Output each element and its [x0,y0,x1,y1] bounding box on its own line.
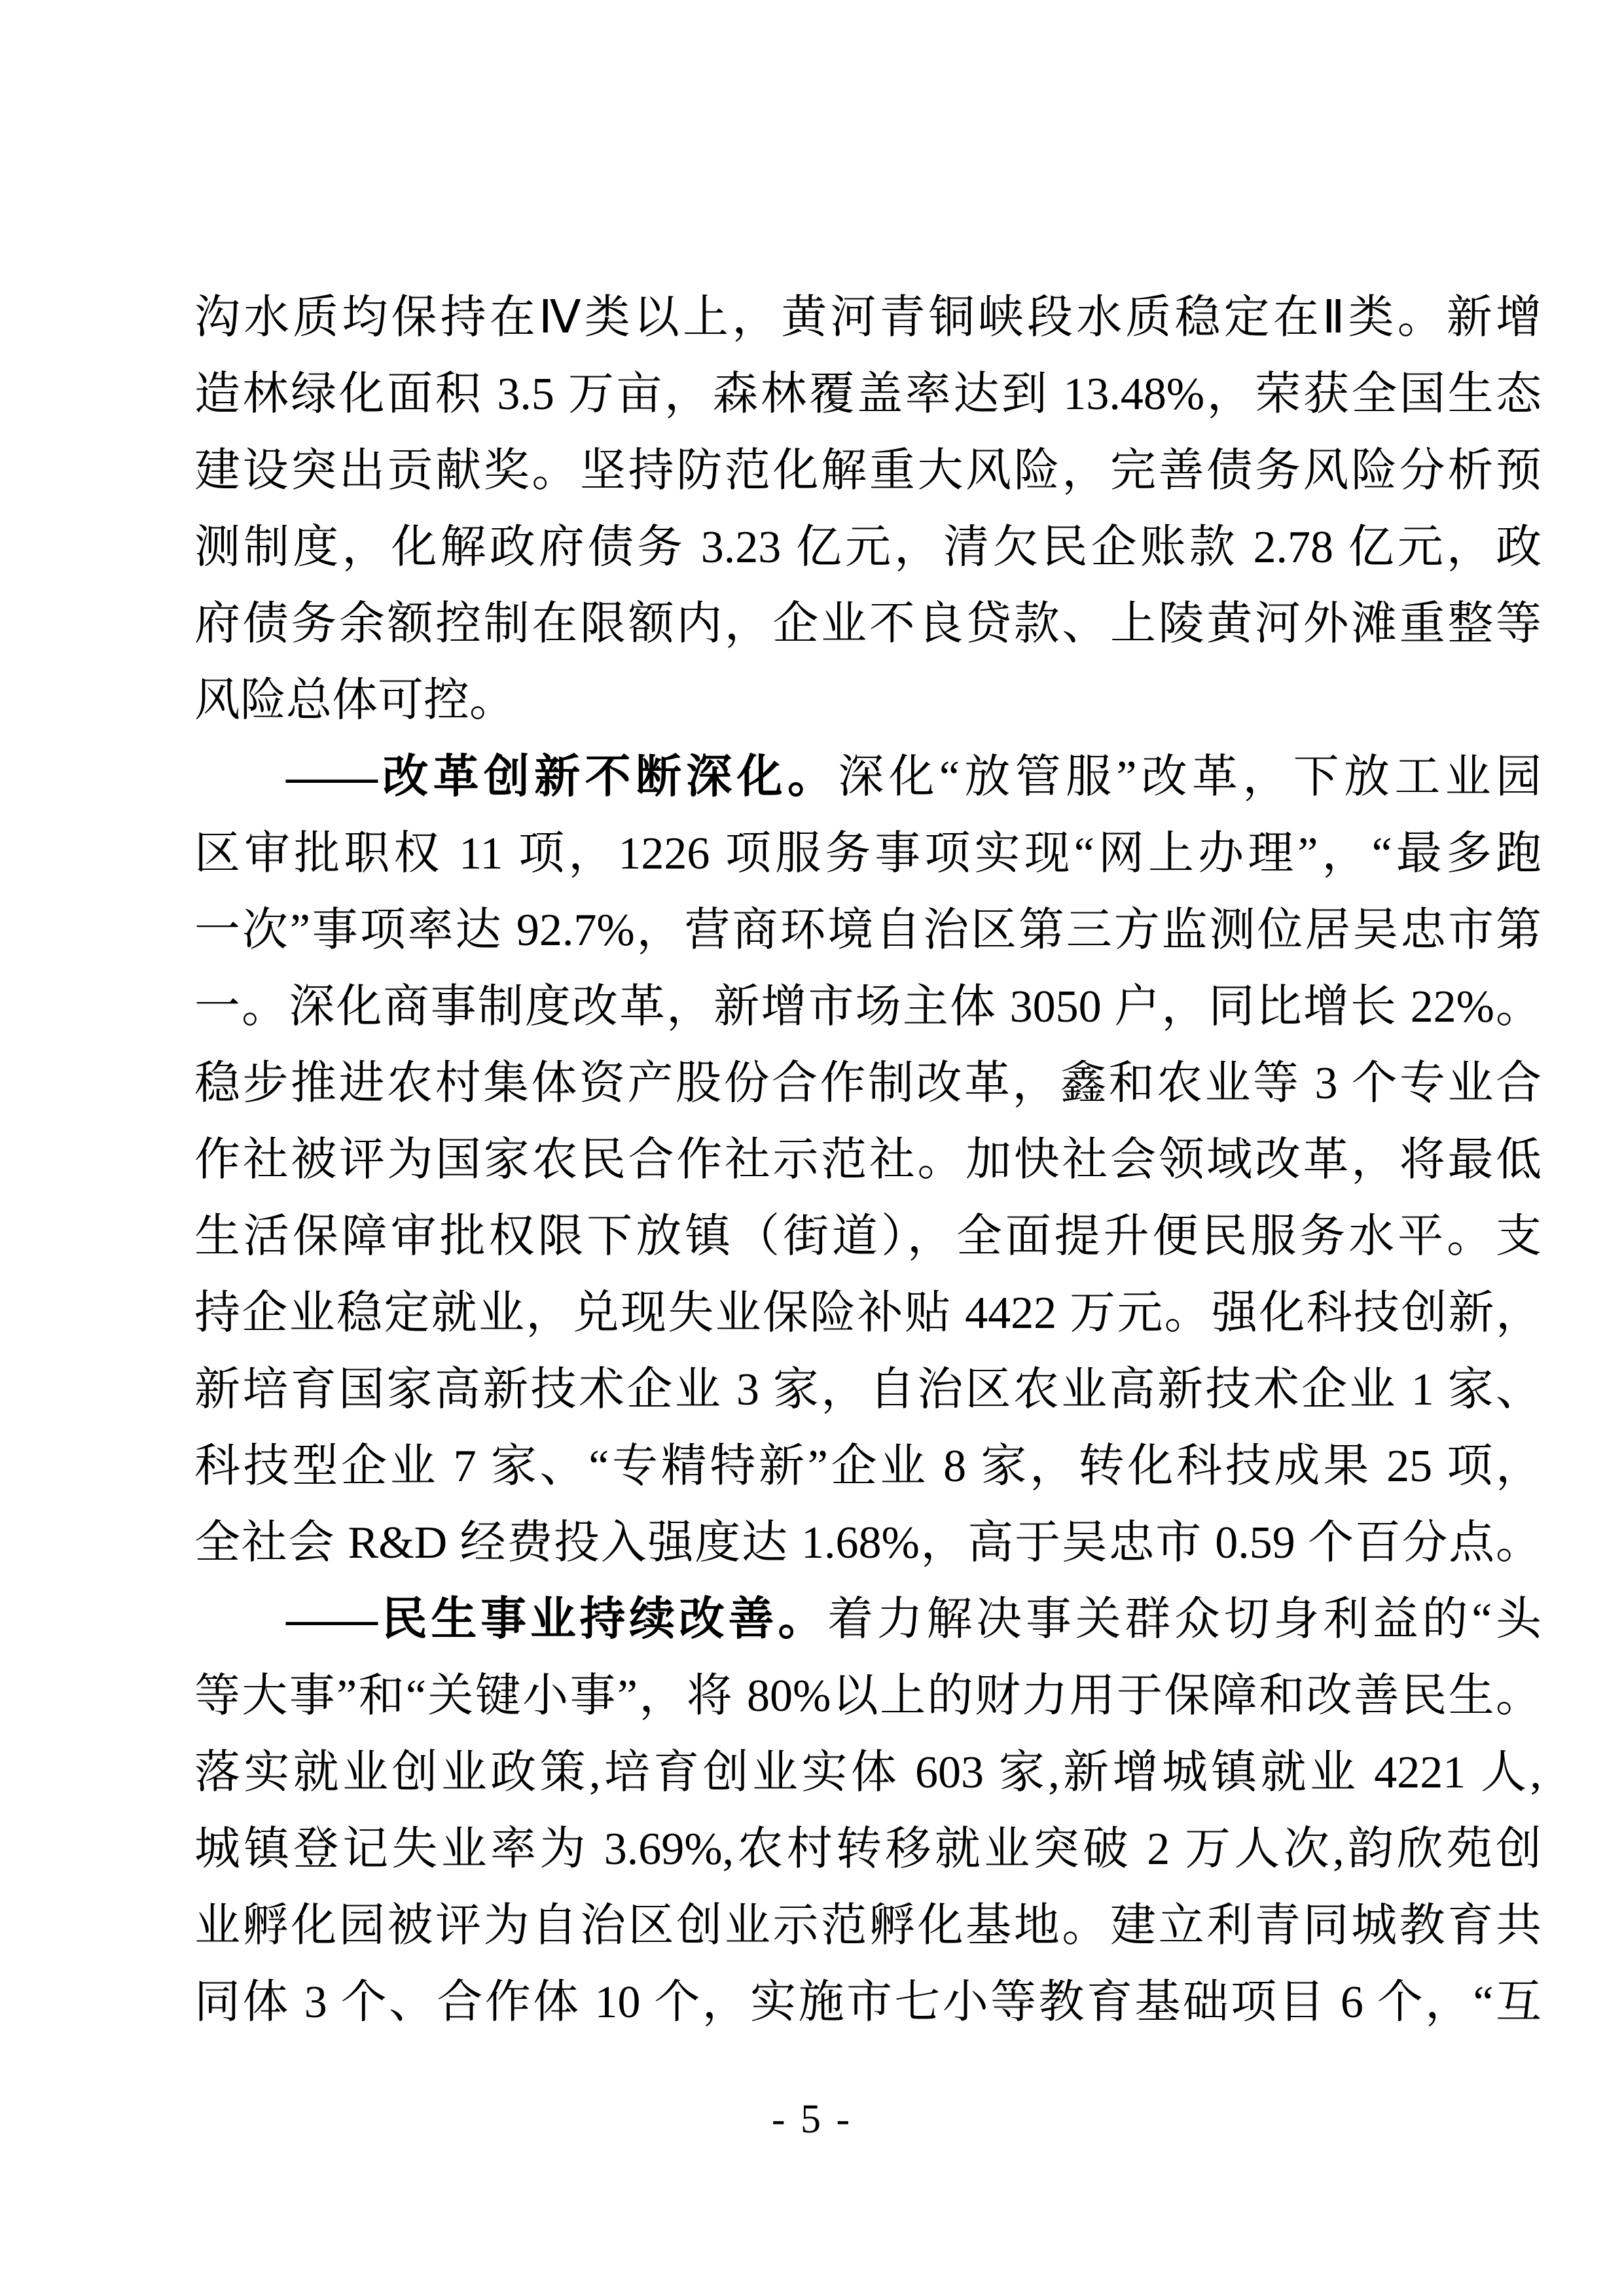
text-line: 府债务余额控制在限额内，企业不良贷款、上陵黄河外滩重整等 [194,586,1542,662]
text-line: 建设突出贡献奖。坚持防范化解重大风险，完善债务风险分析预 [194,433,1542,509]
text-line: ——民生事业持续改善。着力解决事关群众切身利益的“头 [194,1581,1542,1658]
text-line: 城镇登记失业率为 3.69%,农村转移就业突破 2 万人次,韵欣苑创 [194,1811,1542,1888]
text-line: 业孵化园被评为自治区创业示范孵化基地。建立利青同城教育共 [194,1888,1542,1964]
document-body: 沟水质均保持在Ⅳ类以上，黄河青铜峡段水质稳定在Ⅱ类。新增造林绿化面积 3.5 万… [194,279,1542,2041]
text-line: 一次”事项率达 92.7%，营商环境自治区第三方监测位居吴忠市第 [194,892,1542,969]
text-line: 沟水质均保持在Ⅳ类以上，黄河青铜峡段水质稳定在Ⅱ类。新增 [194,279,1542,356]
text-line: 稳步推进农村集体资产股份合作制改革，鑫和农业等 3 个专业合 [194,1045,1542,1122]
text-line: 落实就业创业政策,培育创业实体 603 家,新增城镇就业 4221 人, [194,1734,1542,1811]
text-line: 测制度，化解政府债务 3.23 亿元，清欠民企账款 2.78 亿元，政 [194,509,1542,586]
text-line: 风险总体可控。 [194,662,1542,739]
paragraph-lead: ——民生事业持续改善。 [286,1594,827,1645]
text-line: 全社会 R&D 经费投入强度达 1.68%，高于吴忠市 0.59 个百分点。 [194,1505,1542,1581]
text-line: 持企业稳定就业，兑现失业保险补贴 4422 万元。强化科技创新， [194,1275,1542,1352]
text-line: 新培育国家高新技术企业 3 家，自治区农业高新技术企业 1 家、 [194,1352,1542,1428]
text-line: 一。深化商事制度改革，新增市场主体 3050 户，同比增长 22%。 [194,969,1542,1045]
page-footer: - 5 - [0,2090,1624,2149]
text-line: 作社被评为国家农民合作社示范社。加快社会领域改革，将最低 [194,1122,1542,1198]
paragraph-lead: ——改革创新不断深化。 [286,752,838,802]
page-number: - 5 - [772,2097,852,2142]
document-page: 沟水质均保持在Ⅳ类以上，黄河青铜峡段水质稳定在Ⅱ类。新增造林绿化面积 3.5 万… [0,0,1624,2296]
text-line: 同体 3 个、合作体 10 个，实施市七小等教育基础项目 6 个，“互 [194,1964,1542,2041]
text-line: 科技型企业 7 家、“专精特新”企业 8 家，转化科技成果 25 项， [194,1428,1542,1505]
text-line: 区审批职权 11 项，1226 项服务事项实现“网上办理”，“最多跑 [194,816,1542,892]
text-line: 造林绿化面积 3.5 万亩，森林覆盖率达到 13.48%，荣获全国生态 [194,356,1542,433]
text-line: 生活保障审批权限下放镇（街道），全面提升便民服务水平。支 [194,1198,1542,1275]
text-line: ——改革创新不断深化。深化“放管服”改革，下放工业园 [194,739,1542,816]
text-line: 等大事”和“关键小事”，将 80%以上的财力用于保障和改善民生。 [194,1658,1542,1734]
